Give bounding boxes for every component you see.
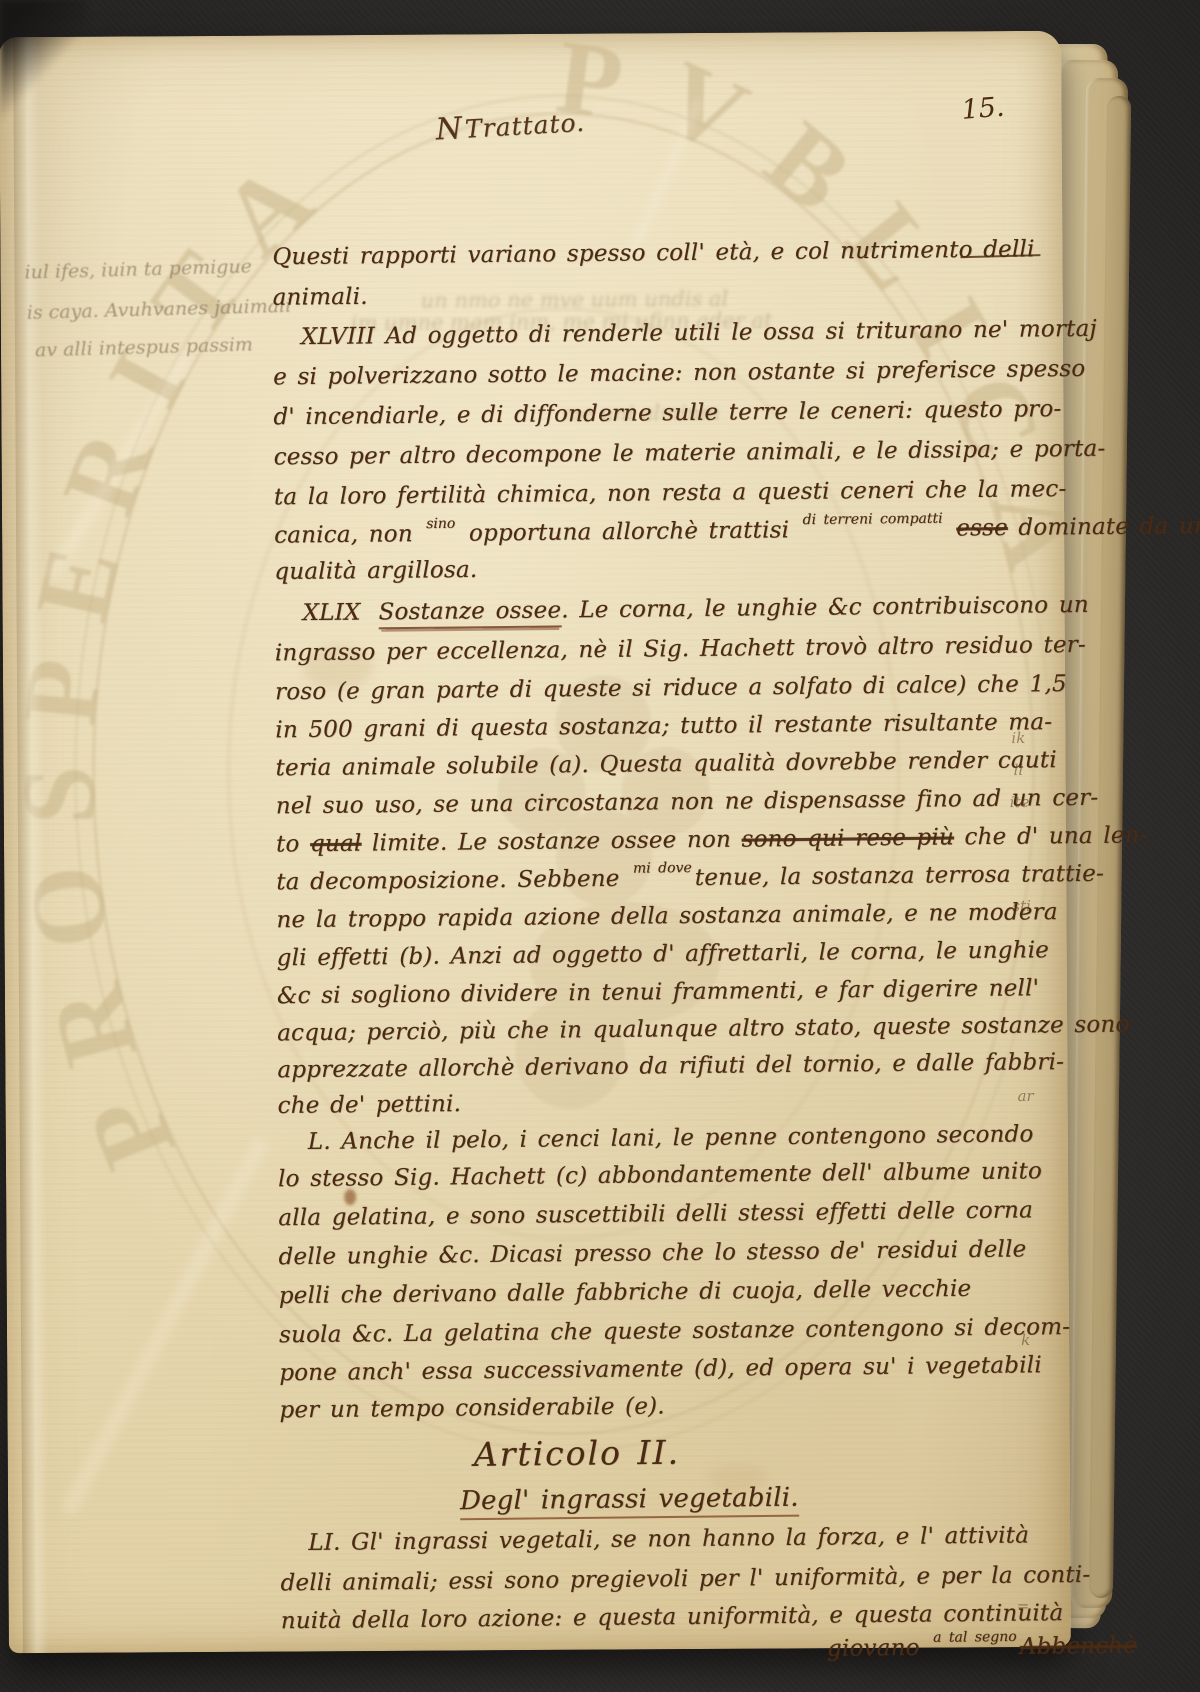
- line-text: opportuna allorchè trattisi: [469, 517, 790, 546]
- title-flourish: N: [435, 111, 464, 148]
- page-number: 15.: [960, 92, 1005, 126]
- article-subtitle-text: Degl' ingrassi vegetabili.: [460, 1483, 799, 1521]
- line-text: ta decomposizione. Sebbene: [276, 866, 630, 896]
- edge-mark: =: [1017, 1597, 1030, 1615]
- edge-mark: li: [1014, 761, 1024, 779]
- interlinear-correction: mi dove: [633, 860, 692, 877]
- manuscript-page: PROSPERITA PVBLICA NTrattato. 15. iul if…: [0, 31, 1071, 1653]
- line-text: limite. Le sostanze ossee non: [361, 827, 741, 857]
- edge-mark: ik: [1011, 729, 1025, 747]
- line-text: che d' una len-: [954, 822, 1148, 850]
- photo-background: PROSPERITA PVBLICA NTrattato. 15. iul if…: [0, 0, 1200, 1692]
- line-text: . Le corna, le unghie &c contribuiscono …: [561, 592, 1089, 624]
- article-subtitle: Degl' ingrassi vegetabili.: [460, 1484, 799, 1516]
- line-text: tenue, la sostanza terrosa trattie-: [695, 861, 1104, 891]
- line-text: dominate da una: [1018, 513, 1200, 541]
- section-number: XLIX: [302, 600, 360, 627]
- line-text: canica, non: [274, 521, 413, 548]
- running-title-text: Trattato.: [464, 108, 586, 144]
- manuscript-line: qualità argillosa.: [274, 558, 477, 585]
- catchword: giovano: [827, 1635, 930, 1662]
- edge-mark: ite: [1010, 793, 1030, 811]
- interlinear-correction: a tal segno: [933, 1629, 1017, 1646]
- manuscript-line: che de' pettini.: [277, 1092, 461, 1119]
- edge-mark: ar: [1018, 1087, 1034, 1105]
- manuscript-line: per un tempo considerabile (e).: [279, 1394, 665, 1423]
- section-title-underlined: Sostanze ossee: [378, 597, 561, 629]
- edge-mark: k: [1021, 1331, 1030, 1349]
- line-text: to: [276, 831, 310, 857]
- corner-shadow: [0, 0, 86, 130]
- catchword-line: giovano a tal segnoAbbenchè: [827, 1634, 1137, 1663]
- article-heading: Articolo II.: [474, 1435, 681, 1473]
- manuscript-line: animali.: [273, 285, 368, 311]
- interlinear-correction: sino: [426, 516, 455, 532]
- edge-mark: sti: [1012, 897, 1031, 915]
- struck-word: sono qui rese più: [741, 824, 954, 852]
- interlinear-correction: di terreni compatti: [802, 511, 942, 528]
- struck-word: esse: [956, 515, 1008, 542]
- struck-word: qual: [310, 831, 362, 858]
- struck-word: Abbenchè: [1020, 1633, 1138, 1660]
